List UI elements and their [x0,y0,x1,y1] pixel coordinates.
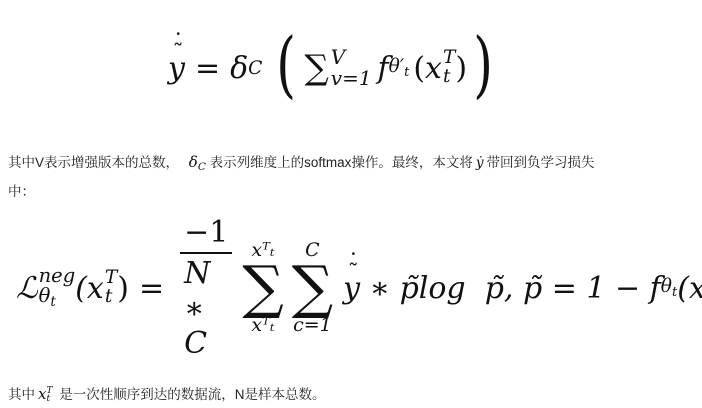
sigma-upper-limit: V [331,47,372,68]
paragraph-description-1-line2: 中： [8,180,35,200]
sigma-symbol: ∑ [304,48,328,88]
tail-argument: (x [677,271,702,306]
loss-symbol: ℒ [16,271,38,306]
y-dot-tilde-symbol: y˙˜ [343,271,360,306]
variable-x: x [425,51,442,86]
paragraph-description-2: 其中xTt 是一次性顺序到达的数据流，N是样本总数。 [8,383,325,403]
delta-subscript: C [248,58,262,79]
sigma-limits: V v=1 [331,47,372,89]
function-subscript: θ′t [389,56,410,80]
text-span: 是一次性顺序到达的数据流，N是样本总数。 [55,387,325,402]
delta-symbol: δ [230,51,248,86]
inline-delta: δC [189,153,206,171]
arg-sup-sub: Tt [105,269,117,306]
equals-sign: = [195,51,220,86]
x-sup-sub: Tt [443,49,455,86]
loss-argument: (x [75,271,104,306]
loss-sup-sub: neg θt [39,266,76,309]
close-paren: ) [117,271,129,306]
text-span: 表示列维度上的softmax操作。最终，本文将 [206,155,473,170]
sigma-lower-limit: v=1 [331,68,372,89]
fraction-denominator: N ∗ C [180,254,232,361]
p-tilde-log-term: p̃log p̃, p̃ = 1 − f [400,271,661,306]
inline-y-dot: ẏ [476,155,484,171]
text-span: 其中V表示增强版本的总数， [8,155,179,170]
function-f: f [378,51,389,86]
fraction: −1 N ∗ C [180,215,232,361]
equals-sign: = [139,271,164,306]
text-span: 带回到负学习损失 [487,155,595,170]
equation-ensemble-prediction: y˙˜ = δC ( ∑ V v=1 fθ′t (xTt) ) [168,28,499,108]
times-operator: ∗ [360,271,399,306]
sum2-lower: c=1 [293,316,332,335]
equation-negative-learning-loss: ℒ neg θt (xTt) = −1 N ∗ C xᵀₜ ∑ xᵀₜ C ∑ … [16,228,702,348]
sigma-symbol: ∑ [242,260,283,315]
fraction-numerator: −1 [180,215,232,252]
close-paren: ) [473,28,493,100]
text-span: 其中 [8,387,35,402]
sigma-symbol: ∑ [292,260,333,315]
open-paren: ( [277,28,297,100]
f-subscript: θt [661,276,677,300]
inline-x-t-T: xTt [38,385,52,403]
arg-close-paren: ) [455,51,467,86]
paragraph-description-1: 其中V表示增强版本的总数， δC 表示列维度上的softmax操作。最终，本文将… [8,151,595,173]
y-dot-tilde-symbol: y˙˜ [168,51,185,86]
sum-over-classes: C ∑ c=1 [292,241,333,334]
sum-over-samples: xᵀₜ ∑ xᵀₜ [242,241,283,334]
arg-open-paren: ( [413,51,425,86]
sum1-lower: xᵀₜ [251,316,274,335]
